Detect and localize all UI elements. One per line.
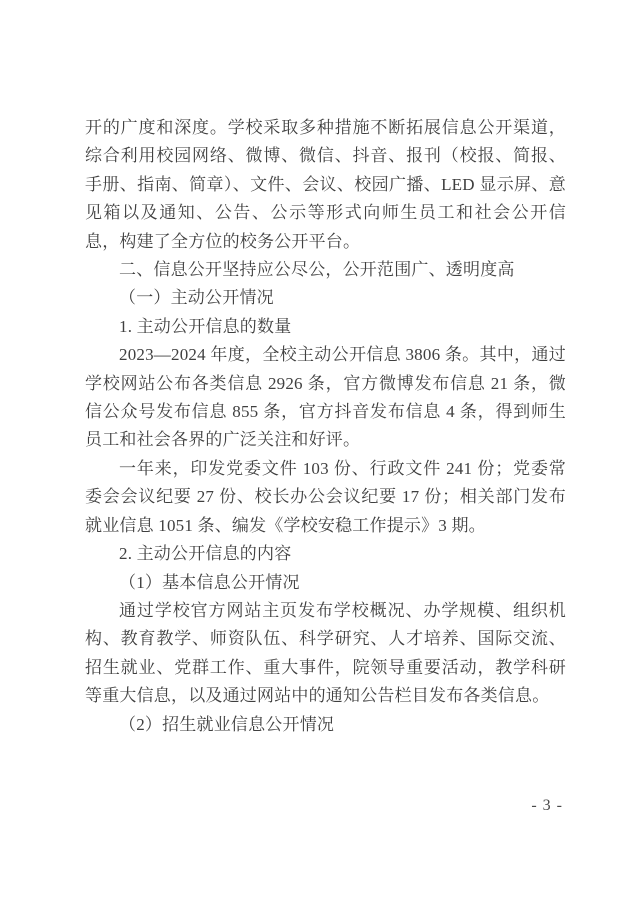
document-body: 开的广度和深度。学校采取多种措施不断拓展信息公开渠道，综合利用校园网络、微博、微… bbox=[85, 114, 566, 739]
page-number: - 3 - bbox=[531, 797, 563, 815]
heading-item-2-content: 2. 主动公开信息的内容 bbox=[85, 540, 566, 568]
paragraph-disclosure-channels: 开的广度和深度。学校采取多种措施不断拓展信息公开渠道，综合利用校园网络、微博、微… bbox=[85, 114, 566, 256]
heading-section-2: 二、信息公开坚持应公尽公，公开范围广、透明度高 bbox=[85, 256, 566, 284]
heading-point-2-enrollment-employment: （2）招生就业信息公开情况 bbox=[85, 711, 566, 739]
heading-subsection-1: （一）主动公开情况 bbox=[85, 284, 566, 312]
paragraph-disclosure-statistics: 2023—2024 年度，全校主动公开信息 3806 条。其中，通过学校网站公布… bbox=[85, 341, 566, 455]
paragraph-website-content: 通过学校官方网站主页发布学校概况、办学规模、组织机构、教育教学、师资队伍、科学研… bbox=[85, 597, 566, 711]
paragraph-documents-issued: 一年来，印发党委文件 103 份、行政文件 241 份；党委常委会会议纪要 27… bbox=[85, 455, 566, 540]
heading-point-1-basic-info: （1）基本信息公开情况 bbox=[85, 569, 566, 597]
heading-item-1-quantity: 1. 主动公开信息的数量 bbox=[85, 313, 566, 341]
document-page: 开的广度和深度。学校采取多种措施不断拓展信息公开渠道，综合利用校园网络、微博、微… bbox=[0, 0, 642, 909]
